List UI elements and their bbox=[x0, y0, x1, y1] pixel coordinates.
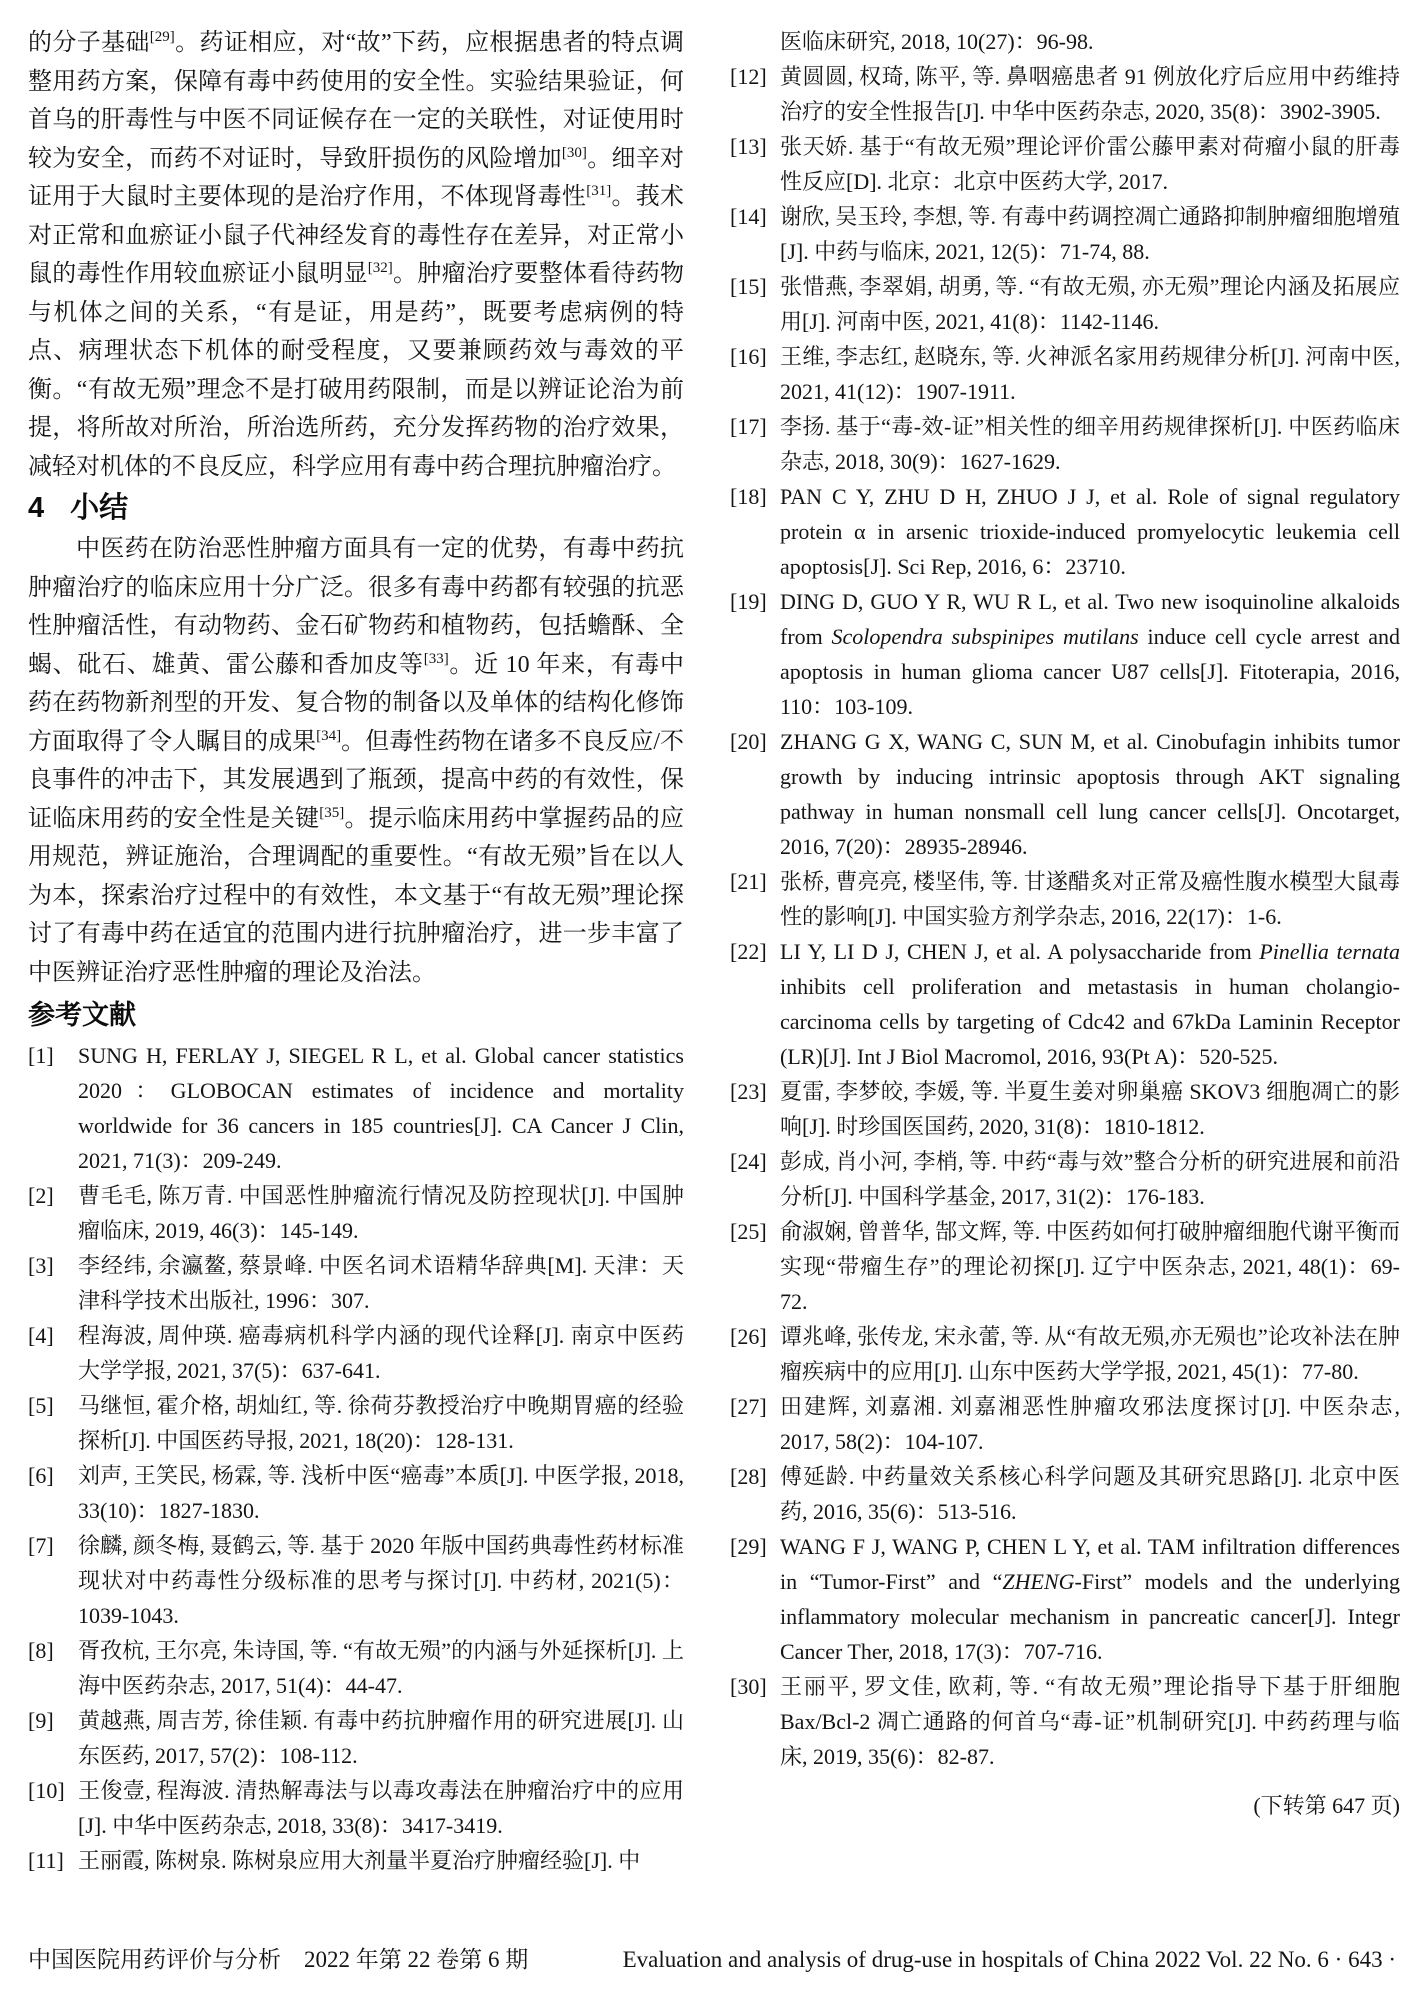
citation-superscript: [31] bbox=[586, 183, 611, 199]
text-run: 张惜燕, 李翠娟, 胡勇, 等. “有故无殒, 亦无殒”理论内涵及拓展应用[J]… bbox=[780, 274, 1400, 334]
text-run: 。肿瘤治疗要整体看待药物与机体之间的关系，“有是证，用是药”，既要考虑病例的特点… bbox=[28, 261, 684, 480]
reference-number: [14] bbox=[730, 199, 767, 234]
reference-number: [25] bbox=[730, 1214, 767, 1249]
reference-number: [28] bbox=[730, 1459, 767, 1494]
reference-item: [16]王维, 李志红, 赵晓东, 等. 火神派名家用药规律分析[J]. 河南中… bbox=[730, 339, 1400, 409]
text-run: 王丽平, 罗文佳, 欧莉, 等. “有故无殒”理论指导下基于肝细胞 Bax/Bc… bbox=[780, 1674, 1400, 1769]
reference-item: [2]曹毛毛, 陈万青. 中国恶性肿瘤流行情况及防控现状[J]. 中国肿瘤临床,… bbox=[28, 1178, 684, 1248]
reference-number: [5] bbox=[28, 1388, 54, 1423]
citation-superscript: [29] bbox=[150, 29, 175, 45]
reference-item: [19]DING D, GUO Y R, WU R L, et al. Two … bbox=[730, 584, 1400, 724]
reference-text: 谢欣, 吴玉玲, 李想, 等. 有毒中药调控凋亡通路抑制肿瘤细胞增殖[J]. 中… bbox=[780, 204, 1400, 264]
text-run: 王维, 李志红, 赵晓东, 等. 火神派名家用药规律分析[J]. 河南中医, 2… bbox=[780, 344, 1400, 404]
reference-item: [1]SUNG H, FERLAY J, SIEGEL R L, et al. … bbox=[28, 1038, 684, 1178]
reference-text: WANG F J, WANG P, CHEN L Y, et al. TAM i… bbox=[780, 1534, 1400, 1664]
reference-number: [29] bbox=[730, 1529, 767, 1564]
text-run: 李经纬, 余瀛鳌, 蔡景峰. 中医名词术语精华辞典[M]. 天津：天津科学技术出… bbox=[78, 1253, 684, 1313]
reference-item: [18]PAN C Y, ZHU D H, ZHUO J J, et al. R… bbox=[730, 479, 1400, 584]
reference-text: 王俊壹, 程海波. 清热解毒法与以毒攻毒法在肿瘤治疗中的应用[J]. 中华中医药… bbox=[78, 1778, 684, 1838]
body-paragraph-continuation: 的分子基础[29]。药证相应，对“故”下药，应根据患者的特点调整用药方案，保障有… bbox=[28, 24, 684, 486]
reference-number: [4] bbox=[28, 1318, 54, 1353]
reference-item: [30]王丽平, 罗文佳, 欧莉, 等. “有故无殒”理论指导下基于肝细胞 Ba… bbox=[730, 1669, 1400, 1774]
reference-item: [11]王丽霞, 陈树泉. 陈树泉应用大剂量半夏治疗肿瘤经验[J]. 中 bbox=[28, 1843, 684, 1878]
reference-text: SUNG H, FERLAY J, SIEGEL R L, et al. Glo… bbox=[78, 1043, 684, 1173]
reference-item: [22]LI Y, LI D J, CHEN J, et al. A polys… bbox=[730, 934, 1400, 1074]
reference-text: 李扬. 基于“毒-效-证”相关性的细辛用药规律探析[J]. 中医药临床杂志, 2… bbox=[780, 414, 1400, 474]
reference-item: [12]黄圆圆, 权琦, 陈平, 等. 鼻咽癌患者 91 例放化疗后应用中药维持… bbox=[730, 59, 1400, 129]
reference-number: [24] bbox=[730, 1144, 767, 1179]
right-column: 医临床研究, 2018, 10(27)：96-98. [12]黄圆圆, 权琦, … bbox=[730, 24, 1400, 1920]
text-run: 彭成, 肖小河, 李梢, 等. 中药“毒与效”整合分析的研究进展和前沿分析[J]… bbox=[780, 1149, 1400, 1209]
text-run: 田建辉, 刘嘉湘. 刘嘉湘恶性肿瘤攻邪法度探讨[J]. 中医杂志, 2017, … bbox=[780, 1394, 1400, 1454]
reference-text: 田建辉, 刘嘉湘. 刘嘉湘恶性肿瘤攻邪法度探讨[J]. 中医杂志, 2017, … bbox=[780, 1394, 1400, 1454]
reference-item: [25]俞淑娴, 曾普华, 郜文辉, 等. 中医药如何打破肿瘤细胞代谢平衡而实现… bbox=[730, 1214, 1400, 1319]
reference-item: [23]夏雷, 李梦皎, 李媛, 等. 半夏生姜对卵巢癌 SKOV3 细胞凋亡的… bbox=[730, 1074, 1400, 1144]
reference-text: PAN C Y, ZHU D H, ZHUO J J, et al. Role … bbox=[780, 484, 1400, 579]
reference-item: [6]刘声, 王笑民, 杨霖, 等. 浅析中医“癌毒”本质[J]. 中医学报, … bbox=[28, 1458, 684, 1528]
reference-item: [17]李扬. 基于“毒-效-证”相关性的细辛用药规律探析[J]. 中医药临床杂… bbox=[730, 409, 1400, 479]
reference-number: [20] bbox=[730, 724, 767, 759]
body-paragraph-summary: 中医药在防治恶性肿瘤方面具有一定的优势，有毒中药抗肿瘤治疗的临床应用十分广泛。很… bbox=[28, 530, 684, 992]
reference-text: 马继恒, 霍介格, 胡灿红, 等. 徐荷芬教授治疗中晚期胃癌的经验探析[J]. … bbox=[78, 1393, 684, 1453]
reference-number: [27] bbox=[730, 1389, 767, 1424]
text-run: 马继恒, 霍介格, 胡灿红, 等. 徐荷芬教授治疗中晚期胃癌的经验探析[J]. … bbox=[78, 1393, 684, 1453]
text-run: 谢欣, 吴玉玲, 李想, 等. 有毒中药调控凋亡通路抑制肿瘤细胞增殖[J]. 中… bbox=[780, 204, 1400, 264]
reference-italic-run: Pinellia ternata bbox=[1259, 939, 1400, 964]
text-run: 夏雷, 李梦皎, 李媛, 等. 半夏生姜对卵巢癌 SKOV3 细胞凋亡的影响[J… bbox=[780, 1079, 1400, 1139]
continued-on-page-note: (下转第 647 页) bbox=[730, 1788, 1400, 1823]
reference-text: 俞淑娴, 曾普华, 郜文辉, 等. 中医药如何打破肿瘤细胞代谢平衡而实现“带瘤生… bbox=[780, 1219, 1400, 1314]
references-heading: 参考文献 bbox=[28, 992, 684, 1038]
reference-item: [3]李经纬, 余瀛鳌, 蔡景峰. 中医名词术语精华辞典[M]. 天津：天津科学… bbox=[28, 1248, 684, 1318]
reference-item: [20]ZHANG G X, WANG C, SUN M, et al. Cin… bbox=[730, 724, 1400, 864]
text-run: 李扬. 基于“毒-效-证”相关性的细辛用药规律探析[J]. 中医药临床杂志, 2… bbox=[780, 414, 1400, 474]
reference-number: [10] bbox=[28, 1773, 65, 1808]
reference-item: [13]张天娇. 基于“有故无殒”理论评价雷公藤甲素对荷瘤小鼠的肝毒性反应[D]… bbox=[730, 129, 1400, 199]
reference-number: [16] bbox=[730, 339, 767, 374]
reference-number: [21] bbox=[730, 864, 767, 899]
text-run: PAN C Y, ZHU D H, ZHUO J J, et al. Role … bbox=[780, 484, 1400, 579]
text-run: 程海波, 周仲瑛. 癌毒病机科学内涵的现代诠释[J]. 南京中医药大学学报, 2… bbox=[78, 1323, 684, 1383]
text-run: 傅延龄. 中药量效关系核心科学问题及其研究思路[J]. 北京中医药, 2016,… bbox=[780, 1464, 1400, 1524]
reference-number: [17] bbox=[730, 409, 767, 444]
reference-number: [30] bbox=[730, 1669, 767, 1704]
reference-text: 黄越燕, 周吉芳, 徐佳颖. 有毒中药抗肿瘤作用的研究进展[J]. 山东医药, … bbox=[78, 1708, 684, 1768]
reference-item: [10]王俊壹, 程海波. 清热解毒法与以毒攻毒法在肿瘤治疗中的应用[J]. 中… bbox=[28, 1773, 684, 1843]
reference-item: [28]傅延龄. 中药量效关系核心科学问题及其研究思路[J]. 北京中医药, 2… bbox=[730, 1459, 1400, 1529]
reference-text: LI Y, LI D J, CHEN J, et al. A polysacch… bbox=[780, 939, 1400, 1069]
text-run: 黄越燕, 周吉芳, 徐佳颖. 有毒中药抗肿瘤作用的研究进展[J]. 山东医药, … bbox=[78, 1708, 684, 1768]
reference-item: [8]胥孜杭, 王尔亮, 朱诗国, 等. “有故无殒”的内涵与外延探析[J]. … bbox=[28, 1633, 684, 1703]
reference-number: [18] bbox=[730, 479, 767, 514]
text-run: 张桥, 曹亮亮, 楼坚伟, 等. 甘遂醋炙对正常及癌性腹水模型大鼠毒性的影响[J… bbox=[780, 869, 1400, 929]
reference-text: 夏雷, 李梦皎, 李媛, 等. 半夏生姜对卵巢癌 SKOV3 细胞凋亡的影响[J… bbox=[780, 1079, 1400, 1139]
text-run: 谭兆峰, 张传龙, 宋永蕾, 等. 从“有故无殒,亦无殒也”论攻补法在肿瘤疾病中… bbox=[780, 1324, 1400, 1384]
reference-number: [1] bbox=[28, 1038, 54, 1073]
reference-item: [9]黄越燕, 周吉芳, 徐佳颖. 有毒中药抗肿瘤作用的研究进展[J]. 山东医… bbox=[28, 1703, 684, 1773]
references-list-right: [12]黄圆圆, 权琦, 陈平, 等. 鼻咽癌患者 91 例放化疗后应用中药维持… bbox=[730, 59, 1400, 1774]
section-title: 小结 bbox=[70, 492, 128, 524]
page-footer: 中国医院用药评价与分析 2022 年第 22 卷第 6 期 Evaluation… bbox=[28, 1944, 1396, 1976]
citation-superscript: [33] bbox=[424, 651, 449, 667]
text-run: 胥孜杭, 王尔亮, 朱诗国, 等. “有故无殒”的内涵与外延探析[J]. 上海中… bbox=[78, 1638, 684, 1698]
reference-number: [3] bbox=[28, 1248, 54, 1283]
reference-text: 胥孜杭, 王尔亮, 朱诗国, 等. “有故无殒”的内涵与外延探析[J]. 上海中… bbox=[78, 1638, 684, 1698]
text-run: 曹毛毛, 陈万青. 中国恶性肿瘤流行情况及防控现状[J]. 中国肿瘤临床, 20… bbox=[78, 1183, 684, 1243]
journal-page: 的分子基础[29]。药证相应，对“故”下药，应根据患者的特点调整用药方案，保障有… bbox=[0, 0, 1417, 2000]
footer-journal-title-cn: 中国医院用药评价与分析 2022 年第 22 卷第 6 期 bbox=[28, 1944, 528, 1976]
reference-number: [22] bbox=[730, 934, 767, 969]
reference-text: DING D, GUO Y R, WU R L, et al. Two new … bbox=[780, 589, 1400, 719]
reference-number: [26] bbox=[730, 1319, 767, 1354]
citation-superscript: [30] bbox=[562, 145, 587, 161]
section-number: 4 bbox=[28, 486, 44, 530]
reference-text: 徐麟, 颜冬梅, 聂鹤云, 等. 基于 2020 年版中国药典毒性药材标准现状对… bbox=[78, 1533, 684, 1628]
reference-number: [7] bbox=[28, 1528, 54, 1563]
text-run: 王丽霞, 陈树泉. 陈树泉应用大剂量半夏治疗肿瘤经验[J]. 中 bbox=[78, 1848, 640, 1873]
reference-number: [15] bbox=[730, 269, 767, 304]
text-run: 王俊壹, 程海波. 清热解毒法与以毒攻毒法在肿瘤治疗中的应用[J]. 中华中医药… bbox=[78, 1778, 684, 1838]
left-column: 的分子基础[29]。药证相应，对“故”下药，应根据患者的特点调整用药方案，保障有… bbox=[28, 24, 684, 1920]
text-run: 刘声, 王笑民, 杨霖, 等. 浅析中医“癌毒”本质[J]. 中医学报, 201… bbox=[78, 1463, 684, 1523]
section-heading-summary: 4小结 bbox=[28, 486, 684, 530]
references-list-left: [1]SUNG H, FERLAY J, SIEGEL R L, et al. … bbox=[28, 1038, 684, 1878]
text-run: inhibits cell proliferation and metastas… bbox=[780, 974, 1400, 1069]
reference-number: [6] bbox=[28, 1458, 54, 1493]
reference-text: ZHANG G X, WANG C, SUN M, et al. Cinobuf… bbox=[780, 729, 1400, 859]
footer-journal-title-en-page-number: Evaluation and analysis of drug-use in h… bbox=[623, 1944, 1396, 1976]
reference-item: [14]谢欣, 吴玉玲, 李想, 等. 有毒中药调控凋亡通路抑制肿瘤细胞增殖[J… bbox=[730, 199, 1400, 269]
reference-item: [29]WANG F J, WANG P, CHEN L Y, et al. T… bbox=[730, 1529, 1400, 1669]
reference-item: [5]马继恒, 霍介格, 胡灿红, 等. 徐荷芬教授治疗中晚期胃癌的经验探析[J… bbox=[28, 1388, 684, 1458]
reference-item: [24]彭成, 肖小河, 李梢, 等. 中药“毒与效”整合分析的研究进展和前沿分… bbox=[730, 1144, 1400, 1214]
reference-number: [19] bbox=[730, 584, 767, 619]
text-run: ZHANG G X, WANG C, SUN M, et al. Cinobuf… bbox=[780, 729, 1400, 859]
reference-item: [7]徐麟, 颜冬梅, 聂鹤云, 等. 基于 2020 年版中国药典毒性药材标准… bbox=[28, 1528, 684, 1633]
reference-text: 张桥, 曹亮亮, 楼坚伟, 等. 甘遂醋炙对正常及癌性腹水模型大鼠毒性的影响[J… bbox=[780, 869, 1400, 929]
reference-item: [27]田建辉, 刘嘉湘. 刘嘉湘恶性肿瘤攻邪法度探讨[J]. 中医杂志, 20… bbox=[730, 1389, 1400, 1459]
text-run: 。提示临床用药中掌握药品的应用规范，辨证施治，合理调配的重要性。“有故无殒”旨在… bbox=[28, 806, 684, 986]
reference-text: 刘声, 王笑民, 杨霖, 等. 浅析中医“癌毒”本质[J]. 中医学报, 201… bbox=[78, 1463, 684, 1523]
reference-number: [2] bbox=[28, 1178, 54, 1213]
reference-text: 谭兆峰, 张传龙, 宋永蕾, 等. 从“有故无殒,亦无殒也”论攻补法在肿瘤疾病中… bbox=[780, 1324, 1400, 1384]
reference-item: [21]张桥, 曹亮亮, 楼坚伟, 等. 甘遂醋炙对正常及癌性腹水模型大鼠毒性的… bbox=[730, 864, 1400, 934]
reference-text: 王丽平, 罗文佳, 欧莉, 等. “有故无殒”理论指导下基于肝细胞 Bax/Bc… bbox=[780, 1674, 1400, 1769]
text-run: 徐麟, 颜冬梅, 聂鹤云, 等. 基于 2020 年版中国药典毒性药材标准现状对… bbox=[78, 1533, 684, 1628]
reference-number: [12] bbox=[730, 59, 767, 94]
reference-number: [11] bbox=[28, 1843, 64, 1878]
text-run: 俞淑娴, 曾普华, 郜文辉, 等. 中医药如何打破肿瘤细胞代谢平衡而实现“带瘤生… bbox=[780, 1219, 1400, 1314]
reference-item: [15]张惜燕, 李翠娟, 胡勇, 等. “有故无殒, 亦无殒”理论内涵及拓展应… bbox=[730, 269, 1400, 339]
reference-text: 张惜燕, 李翠娟, 胡勇, 等. “有故无殒, 亦无殒”理论内涵及拓展应用[J]… bbox=[780, 274, 1400, 334]
text-run: SUNG H, FERLAY J, SIEGEL R L, et al. Glo… bbox=[78, 1043, 684, 1173]
reference-text: 傅延龄. 中药量效关系核心科学问题及其研究思路[J]. 北京中医药, 2016,… bbox=[780, 1464, 1400, 1524]
reference-text: 程海波, 周仲瑛. 癌毒病机科学内涵的现代诠释[J]. 南京中医药大学学报, 2… bbox=[78, 1323, 684, 1383]
reference-text: 王维, 李志红, 赵晓东, 等. 火神派名家用药规律分析[J]. 河南中医, 2… bbox=[780, 344, 1400, 404]
text-run: 的分子基础 bbox=[28, 30, 150, 56]
reference-text: 王丽霞, 陈树泉. 陈树泉应用大剂量半夏治疗肿瘤经验[J]. 中 bbox=[78, 1848, 640, 1873]
text-run: 黄圆圆, 权琦, 陈平, 等. 鼻咽癌患者 91 例放化疗后应用中药维持治疗的安… bbox=[780, 64, 1400, 124]
citation-superscript: [32] bbox=[368, 260, 393, 276]
reference-italic-run: Scolopendra subspinipes mutilans bbox=[832, 624, 1139, 649]
reference-continuation-line: 医临床研究, 2018, 10(27)：96-98. bbox=[730, 24, 1400, 59]
reference-text: 黄圆圆, 权琦, 陈平, 等. 鼻咽癌患者 91 例放化疗后应用中药维持治疗的安… bbox=[780, 64, 1400, 124]
reference-item: [4]程海波, 周仲瑛. 癌毒病机科学内涵的现代诠释[J]. 南京中医药大学学报… bbox=[28, 1318, 684, 1388]
reference-text: 彭成, 肖小河, 李梢, 等. 中药“毒与效”整合分析的研究进展和前沿分析[J]… bbox=[780, 1149, 1400, 1209]
citation-superscript: [35] bbox=[319, 805, 344, 821]
reference-text: 李经纬, 余瀛鳌, 蔡景峰. 中医名词术语精华辞典[M]. 天津：天津科学技术出… bbox=[78, 1253, 684, 1313]
text-run: 张天娇. 基于“有故无殒”理论评价雷公藤甲素对荷瘤小鼠的肝毒性反应[D]. 北京… bbox=[780, 134, 1400, 194]
reference-item: [26]谭兆峰, 张传龙, 宋永蕾, 等. 从“有故无殒,亦无殒也”论攻补法在肿… bbox=[730, 1319, 1400, 1389]
reference-number: [9] bbox=[28, 1703, 54, 1738]
reference-number: [8] bbox=[28, 1633, 54, 1668]
reference-text: 张天娇. 基于“有故无殒”理论评价雷公藤甲素对荷瘤小鼠的肝毒性反应[D]. 北京… bbox=[780, 134, 1400, 194]
reference-text: 曹毛毛, 陈万青. 中国恶性肿瘤流行情况及防控现状[J]. 中国肿瘤临床, 20… bbox=[78, 1183, 684, 1243]
reference-number: [13] bbox=[730, 129, 767, 164]
citation-superscript: [34] bbox=[316, 728, 341, 744]
text-run: LI Y, LI D J, CHEN J, et al. A polysacch… bbox=[780, 939, 1259, 964]
reference-number: [23] bbox=[730, 1074, 767, 1109]
reference-italic-run: ZHENG bbox=[1002, 1569, 1074, 1594]
